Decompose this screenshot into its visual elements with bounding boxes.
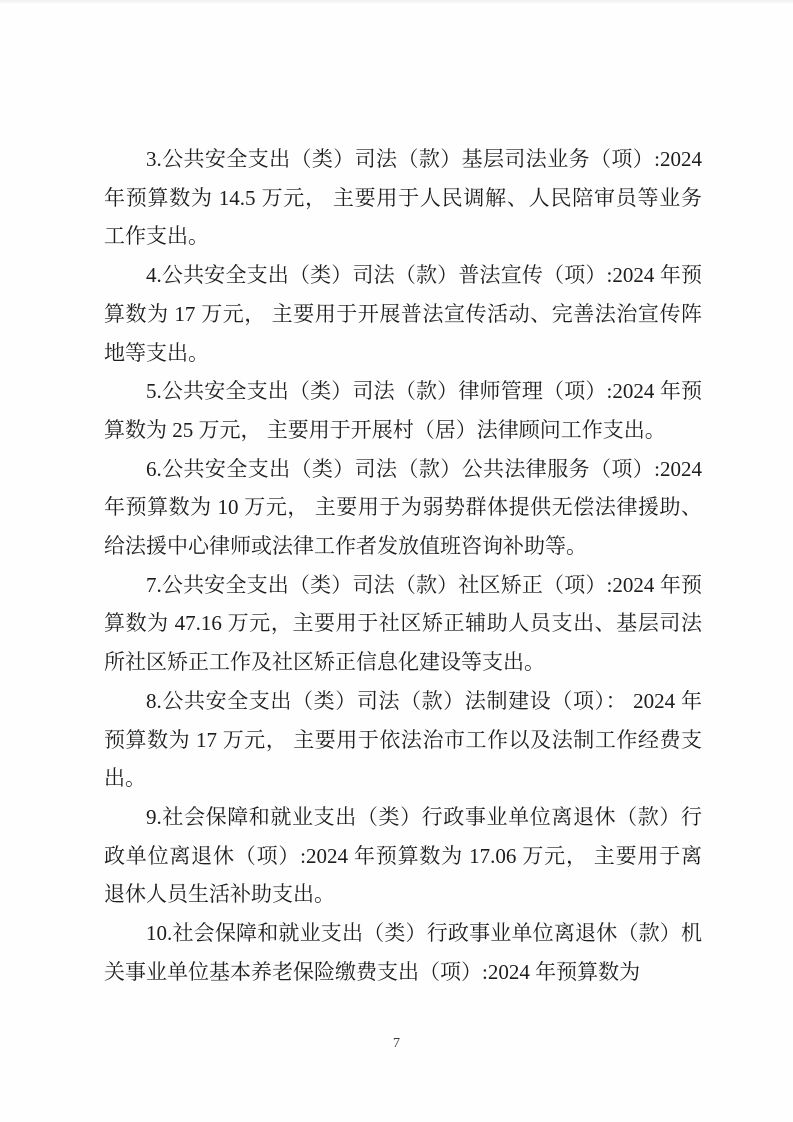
paragraph-item-8: 8.公共安全支出（类）司法（款）法制建设（项）： 2024 年预算数为 17 万…: [104, 682, 702, 798]
paragraph-item-9: 9.社会保障和就业支出（类）行政事业单位离退休（款）行政单位离退休（项）:202…: [104, 798, 702, 914]
paragraph-item-3: 3.公共安全支出（类）司法（款）基层司法业务（项）:2024 年预算数为 14.…: [104, 140, 702, 256]
scan-edge-shadow: [0, 0, 793, 4]
paragraph-item-5: 5.公共安全支出（类）司法（款）律师管理（项）:2024 年预算数为 25 万元…: [104, 372, 702, 449]
paragraph-item-6: 6.公共安全支出（类）司法（款）公共法律服务（项）:2024 年预算数为 10 …: [104, 450, 702, 566]
document-page: 3.公共安全支出（类）司法（款）基层司法业务（项）:2024 年预算数为 14.…: [0, 0, 793, 1122]
document-body: 3.公共安全支出（类）司法（款）基层司法业务（项）:2024 年预算数为 14.…: [104, 140, 702, 991]
page-number: 7: [0, 1036, 793, 1052]
paragraph-item-4: 4.公共安全支出（类）司法（款）普法宣传（项）:2024 年预算数为 17 万元…: [104, 256, 702, 372]
paragraph-item-7: 7.公共安全支出（类）司法（款）社区矫正（项）:2024 年预算数为 47.16…: [104, 566, 702, 682]
paragraph-item-10: 10.社会保障和就业支出（类）行政事业单位离退休（款）机关事业单位基本养老保险缴…: [104, 914, 702, 991]
